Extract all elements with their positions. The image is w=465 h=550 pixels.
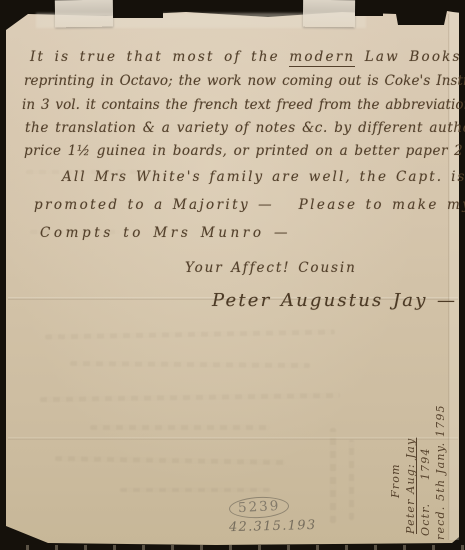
accession-number: 42.315.193 xyxy=(229,518,317,535)
docket-line-received: recd. 5th Jany. 1795 xyxy=(433,398,448,540)
letter-line-3: in 3 vol. it contains the french text fr… xyxy=(22,98,465,114)
ruler-strip xyxy=(0,545,465,550)
letter-line-7: promoted to a Majority — Please to make … xyxy=(34,198,465,214)
tape-hinge-left xyxy=(55,0,113,27)
photo-frame: It is true that most of the modern Law B… xyxy=(0,0,465,550)
show-through-mark xyxy=(90,425,270,430)
negative-number-circled: 5239 xyxy=(228,494,289,519)
show-through-mark xyxy=(349,440,354,520)
letter-line-2: reprinting in Octavo; the work now comin… xyxy=(24,74,465,90)
letter-line-8: Compts to Mrs Munro — xyxy=(40,226,291,242)
docket-line-sender: Peter Aug: Jay xyxy=(403,398,418,534)
underlined-word: modern xyxy=(289,49,355,67)
letter-line-1-suffix: Law Books are xyxy=(355,49,465,65)
docket-line-from: From xyxy=(388,398,403,498)
tape-hinge-right xyxy=(303,0,355,27)
show-through-mark xyxy=(120,488,270,492)
docket-line-date: Octr. 1794 xyxy=(418,398,433,536)
background-notch xyxy=(355,0,383,16)
docket: From Peter Aug: Jay Octr. 1794 recd. 5th… xyxy=(388,398,452,540)
letter-line-4: the translation & a variety of notes &c.… xyxy=(25,121,465,137)
negative-number-value: 5239 xyxy=(229,495,290,519)
letter-line-1-prefix: It is true that most of the xyxy=(30,49,289,65)
background-notch xyxy=(113,0,163,18)
letter-line-5: price 1½ guinea in boards, or printed on… xyxy=(24,144,465,160)
letter-line-1: It is true that most of the modern Law B… xyxy=(30,50,465,66)
show-through-mark xyxy=(330,428,336,523)
letter-signature: Peter Augustus Jay — xyxy=(212,291,457,312)
letter-line-6: All Mrs White's family are well, the Cap… xyxy=(62,170,465,186)
letter-closing: Your Affect! Cousin xyxy=(185,261,357,277)
